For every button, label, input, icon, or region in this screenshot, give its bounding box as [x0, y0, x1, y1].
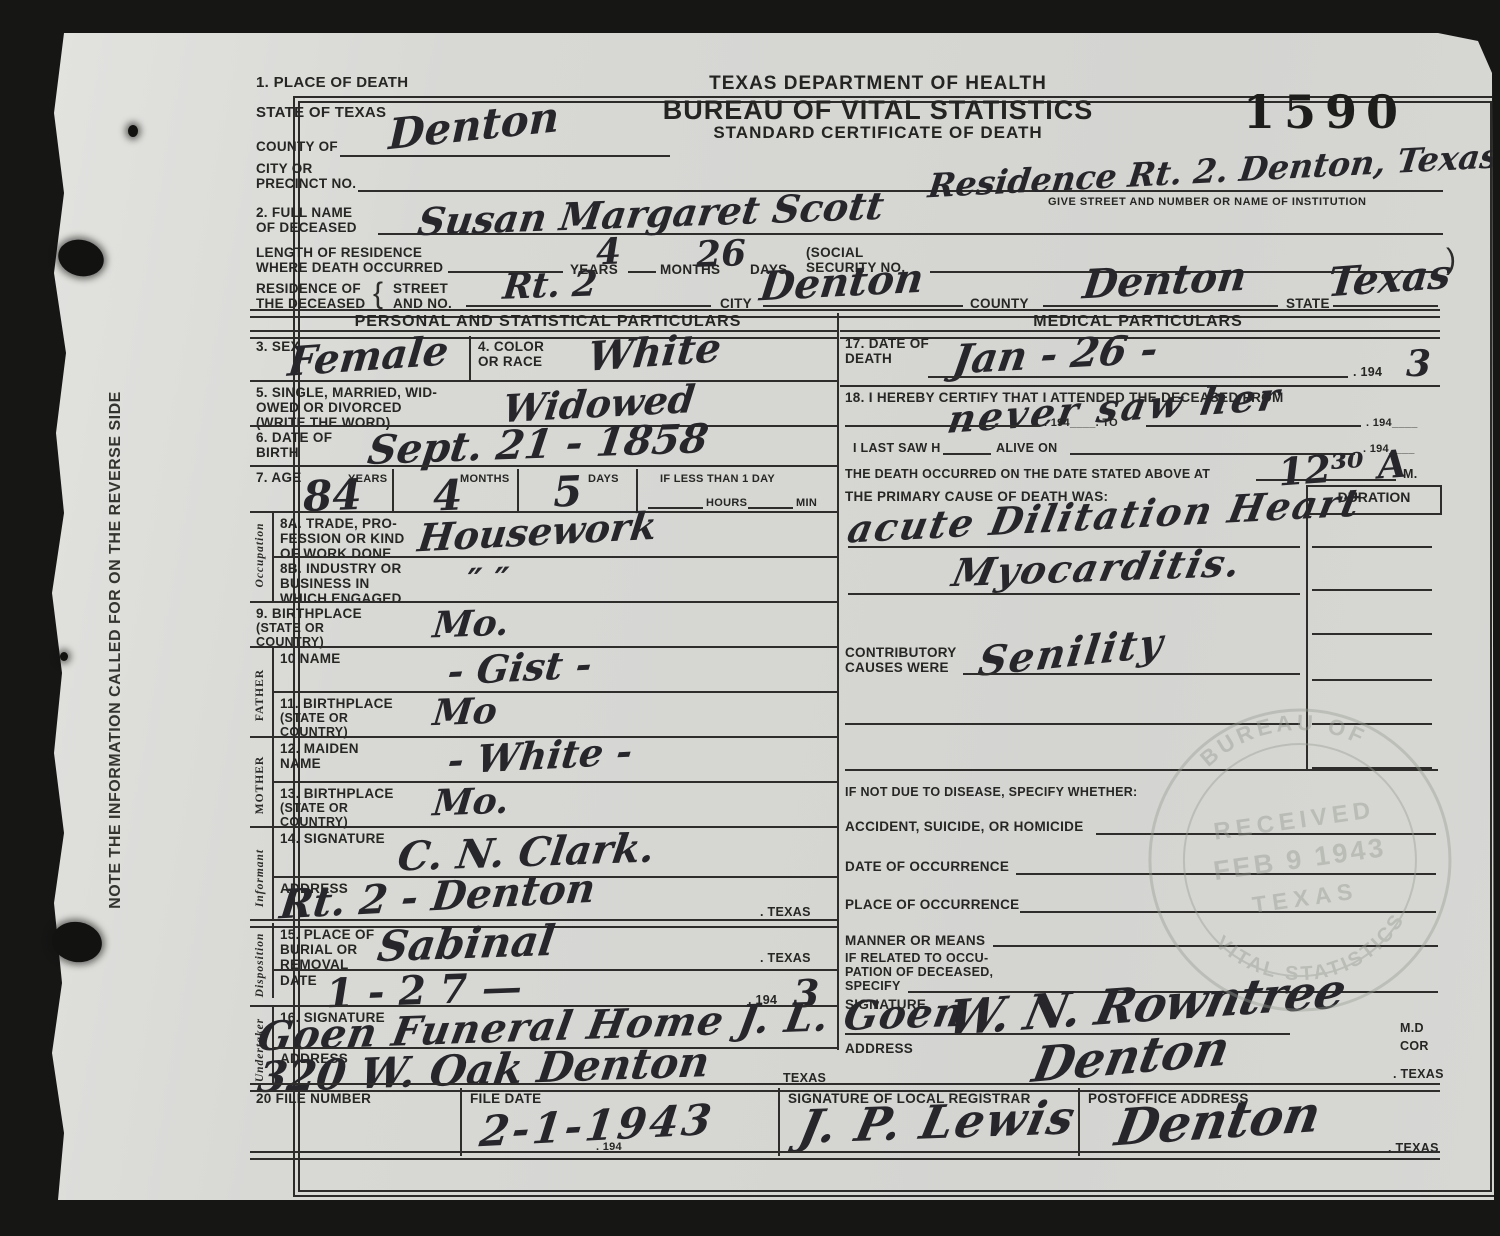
street-hint-label: GIVE STREET AND NUMBER OR NAME OF INSTIT…	[1048, 196, 1367, 208]
length-residence-label1: LENGTH OF RESIDENCE	[256, 245, 422, 260]
bp9-hw: Mo.	[431, 602, 511, 647]
bp11-label2: (STATE OR	[280, 711, 348, 726]
dept-title-line1: TEXAS DEPARTMENT OF HEALTH	[528, 73, 1228, 95]
dod-194-label: . 194	[1353, 365, 1382, 380]
row-rule-8	[272, 691, 838, 693]
trade-label1: 8A. TRADE, PRO-	[280, 516, 397, 531]
physician-signature-label: SIGNATURE	[845, 997, 926, 1012]
dod-year-hw: 3	[1406, 343, 1431, 385]
duration-cell-3	[1312, 633, 1432, 635]
disposition-group-label: Disposition	[254, 917, 268, 1013]
dept-title-line3: STANDARD CERTIFICATE OF DEATH	[528, 123, 1228, 143]
registrar-signature-hw: J. P. Lewis	[794, 1090, 1081, 1154]
contrib-line-1	[963, 673, 1300, 675]
last-saw-blank1	[943, 453, 991, 455]
name10-label: 10 NAME	[280, 651, 341, 666]
county-hw: Denton	[1080, 253, 1249, 309]
contrib-label2: CAUSES WERE	[845, 660, 949, 675]
less-than-day-label: IF LESS THAN 1 DAY	[660, 473, 775, 485]
industry-label1: 8B. INDUSTRY OR	[280, 561, 402, 576]
last-saw-label1: I LAST SAW H	[853, 441, 941, 456]
bp11-label1: 11. BIRTHPLACE	[280, 696, 393, 711]
informant-strip-divider	[272, 826, 274, 921]
county-of-label: COUNTY OF	[256, 139, 338, 154]
bp13-label1: 13. BIRTHPLACE	[280, 786, 394, 801]
related-label2: PATION OF DECEASED,	[845, 965, 993, 980]
contrib-label1: CONTRIBUTORY	[845, 645, 957, 660]
marital-label2: OWED OR DIVORCED	[256, 400, 402, 415]
stamp-state-text: TEXAS	[1251, 877, 1360, 918]
paper-speck-2	[60, 652, 68, 661]
row-rule-5	[272, 556, 838, 558]
row-rule-6	[250, 601, 838, 603]
certify-blank1	[845, 425, 1040, 427]
informant-texas-label: . TEXAS	[760, 905, 811, 920]
margin-note: NOTE THE INFORMATION CALLED FOR ON THE R…	[107, 370, 125, 930]
bp9-label1: 9. BIRTHPLACE	[256, 606, 362, 621]
dob-label1: 6. DATE OF	[256, 430, 332, 445]
full-name-label1: 2. FULL NAME	[256, 205, 352, 220]
disposition-strip-divider	[272, 923, 274, 998]
if-not-due-label: IF NOT DUE TO DISEASE, SPECIFY WHETHER:	[845, 785, 1138, 800]
city-hw: Denton	[757, 255, 926, 311]
dept-title-line2: BUREAU OF VITAL STATISTICS	[528, 95, 1228, 126]
state-blank	[1333, 305, 1438, 307]
color-hw: White	[586, 324, 724, 381]
brace: {	[373, 277, 383, 311]
left-band-header: PERSONAL AND STATISTICAL PARTICULARS	[258, 313, 838, 331]
street-label1: STREET	[393, 281, 448, 296]
bottom-div-1	[460, 1088, 462, 1156]
dob-label2: BIRTH	[256, 445, 299, 460]
center-divider	[837, 313, 839, 1050]
m-label: M.	[1403, 467, 1418, 482]
street-hw: Rt. 2	[501, 263, 599, 307]
maiden-label1: 12. MAIDEN	[280, 741, 359, 756]
physician-texas-label: . TEXAS	[1393, 1067, 1444, 1082]
age-days-label: DAYS	[588, 473, 619, 485]
dod-label2: DEATH	[845, 351, 892, 366]
physician-address-label: ADDRESS	[845, 1041, 913, 1056]
father-name-hw: - Gist -	[445, 641, 594, 694]
row-rule-3	[250, 465, 838, 467]
file-number-label: 20 FILE NUMBER	[256, 1091, 371, 1106]
cor-label: COR	[1400, 1039, 1429, 1054]
age-years-label: YEARS	[348, 473, 387, 485]
industry-label2: BUSINESS IN	[280, 576, 370, 591]
accident-label: ACCIDENT, SUICIDE, OR HOMICIDE	[845, 819, 1084, 834]
bottom-border-rule	[250, 1151, 1440, 1160]
dod-label1: 17. DATE OF	[845, 336, 929, 351]
informant-group-label: Informant	[254, 830, 268, 926]
place-occurrence-label: PLACE OF OCCURRENCE	[845, 897, 1019, 912]
father-group-label: FATHER	[254, 647, 268, 743]
precinct-no-label: PRECINCT NO.	[256, 176, 356, 191]
age-months-label: MONTHS	[460, 473, 509, 485]
duration-cell-2	[1312, 589, 1432, 591]
min-label: MIN	[796, 497, 817, 509]
residence-of-label1: RESIDENCE OF	[256, 281, 361, 296]
bottom-div-2	[778, 1088, 780, 1156]
bp9-label2: (STATE OR	[256, 621, 324, 636]
bp13-hw: Mo.	[431, 780, 511, 825]
burial-texas-label: . TEXAS	[760, 951, 811, 966]
months-value-hw: 4	[595, 231, 622, 274]
min-blank	[748, 507, 793, 509]
bp13-label2: (STATE OR	[280, 801, 348, 816]
date-occurrence-label: DATE OF OCCURRENCE	[845, 859, 1009, 874]
related-label3: SPECIFY	[845, 979, 901, 994]
paper-speck-1	[128, 125, 138, 137]
months-blank	[628, 271, 656, 273]
md-label: M.D	[1400, 1021, 1424, 1036]
certificate-number: 1590	[1243, 85, 1407, 139]
length-residence-label2: WHERE DEATH OCCURRED	[256, 260, 443, 275]
bp11-hw: Mo	[431, 690, 499, 734]
death-occurred-label: THE DEATH OCCURRED ON THE DATE STATED AB…	[845, 467, 1210, 482]
cause-line-2	[848, 593, 1300, 595]
city-line	[358, 190, 1443, 192]
burial-label1: 15. PLACE OF	[280, 927, 374, 942]
marital-label1: 5. SINGLE, MARRIED, WID-	[256, 385, 437, 400]
scanned-death-certificate: NOTE THE INFORMATION CALLED FOR ON THE R…	[0, 0, 1500, 1236]
related-label1: IF RELATED TO OCCU-	[845, 951, 988, 966]
hours-label: HOURS	[706, 497, 747, 509]
sig14-label: 14. SIGNATURE	[280, 831, 385, 846]
received-stamp: BUREAU OF VITAL STATISTICS RECEIVED FEB …	[1106, 666, 1496, 1056]
state-hw: Texas	[1326, 250, 1454, 306]
county-blank	[1043, 305, 1278, 307]
duration-cell-1	[1312, 546, 1432, 548]
certify-blank2	[1146, 425, 1361, 427]
burial-date-label: DATE	[280, 973, 317, 988]
trade-label3: OF WORK DONE	[280, 546, 392, 561]
color-label1: 4. COLOR	[478, 339, 544, 354]
maiden-label2: NAME	[280, 756, 321, 771]
industry-label3: WHICH ENGAGED	[280, 591, 402, 606]
certify-mid-label: . 194____. TO	[1044, 417, 1118, 429]
manner-label: MANNER OR MEANS	[845, 933, 985, 948]
color-label2: OR RACE	[478, 354, 542, 369]
burial-label2: BURIAL OR	[280, 942, 357, 957]
state-of-texas-label: STATE OF TEXAS	[256, 105, 386, 120]
city-or-label: CITY OR	[256, 161, 313, 176]
certify-end-label: . 194____	[1366, 417, 1418, 429]
mother-group-label: MOTHER	[254, 737, 268, 833]
sex-color-divider	[469, 336, 471, 380]
row-rule-1	[250, 380, 838, 382]
age-label: 7. AGE	[256, 470, 302, 485]
occupation-group-label: Occupation	[254, 507, 268, 603]
full-name-label2: OF DECEASED	[256, 220, 357, 235]
age-div2	[517, 469, 519, 511]
days-value-hw: 26	[695, 232, 747, 276]
field1-place-of-death-label: 1. PLACE OF DEATH	[256, 75, 408, 90]
burial-place-hw: Sabinal	[375, 916, 558, 971]
row-rule-10	[272, 781, 838, 783]
age-div1	[392, 469, 394, 511]
trade-label2: FESSION OR KIND	[280, 531, 405, 546]
industry-ditto-hw: ″ ″	[467, 560, 511, 601]
last-saw-label2: ALIVE ON	[996, 441, 1057, 456]
